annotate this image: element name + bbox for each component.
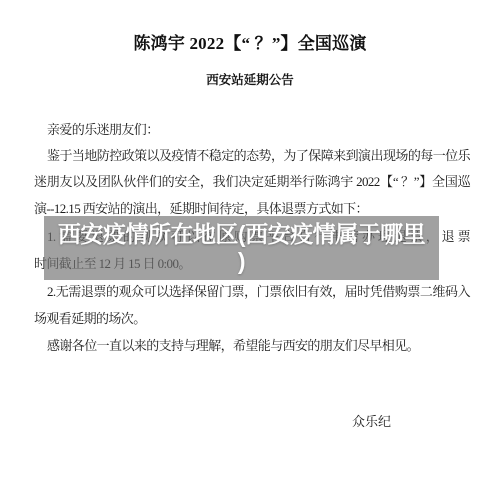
document-title: 陈鸿宇 2022【“ ？”】全国巡演	[0, 29, 500, 54]
body-line: 演--12.15 西安站的演出，延期时间待定，具体退票方式如下：	[34, 201, 470, 216]
signature: 众乐纪	[352, 411, 391, 430]
caption-overlay-text-line1: 西安疫情所在地区(西安疫情属于哪里	[58, 221, 425, 248]
document-subtitle: 西安站延期公告	[0, 70, 500, 88]
body-line: 鉴于当地防控政策以及疫情不稳定的态势，为了保障来到演出现场的每一位乐	[34, 148, 470, 163]
body-line: 迷朋友以及团队伙伴们的安全，我们决定延期举行陈鸿宇 2022【“ ？”】全国巡	[34, 174, 470, 189]
body-line: 场观看延期的场次。	[34, 311, 470, 326]
caption-overlay-text-line2: )	[238, 248, 245, 275]
body-line-refund-item-2: 2.无需退票的观众可以选择保留门票，门票依旧有效，届时凭借购票二维码入	[34, 284, 470, 299]
announcement-page: 陈鸿宇 2022【“ ？”】全国巡演 西安站延期公告 亲爱的乐迷朋友们： 鉴于当…	[0, 0, 500, 498]
caption-overlay-banner: 西安疫情所在地区(西安疫情属于哪里 )	[44, 216, 439, 280]
body-line-thanks: 感谢各位一直以来的支持与理解，希望能与西安的朋友们尽早相见。	[34, 338, 470, 353]
body-line-salutation: 亲爱的乐迷朋友们：	[34, 122, 470, 137]
